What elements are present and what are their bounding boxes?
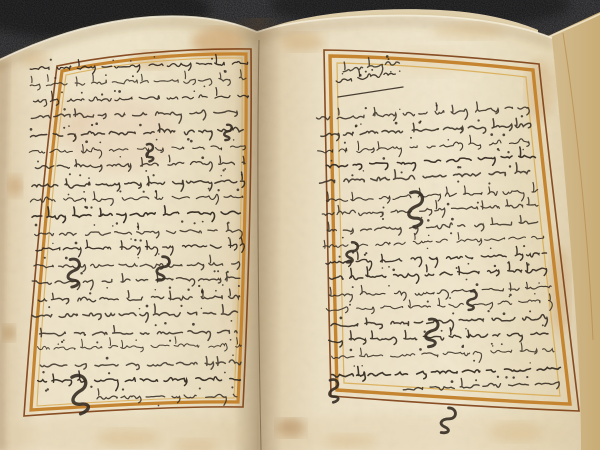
- diacritic-dot: [488, 182, 490, 184]
- diacritic-dot: [449, 297, 451, 299]
- diacritic-dot: [498, 150, 500, 152]
- diacritic-dot: [96, 341, 98, 343]
- diacritic-dot: [114, 90, 116, 92]
- diacritic-dot: [395, 122, 398, 125]
- diacritic-dot: [68, 125, 70, 127]
- diacritic-dot: [132, 75, 134, 77]
- diacritic-dot: [190, 140, 193, 143]
- diacritic-dot: [383, 157, 386, 160]
- diacritic-dot: [122, 388, 124, 390]
- diacritic-dot: [169, 286, 171, 288]
- diacritic-dot: [512, 376, 514, 378]
- diacritic-dot: [91, 124, 93, 126]
- diacritic-dot: [466, 279, 468, 281]
- diacritic-dot: [352, 286, 354, 288]
- diacritic-dot: [222, 284, 224, 286]
- diacritic-dot: [361, 365, 363, 367]
- diacritic-dot: [521, 115, 523, 117]
- diacritic-dot: [214, 270, 216, 272]
- diacritic-dot: [112, 60, 114, 62]
- diacritic-dot: [420, 121, 422, 123]
- diacritic-dot: [490, 133, 493, 136]
- diacritic-dot: [509, 294, 512, 297]
- diacritic-dot: [475, 379, 477, 381]
- diacritic-dot: [194, 222, 196, 224]
- diacritic-dot: [215, 290, 217, 292]
- diacritic-dot: [427, 219, 430, 222]
- diacritic-dot: [201, 308, 202, 309]
- diacritic-dot: [48, 306, 50, 308]
- diacritic-dot: [233, 139, 235, 141]
- diacritic-dot: [202, 221, 204, 223]
- diacritic-dot: [492, 345, 494, 347]
- paper-stain: [8, 175, 22, 197]
- diacritic-dot: [232, 354, 234, 356]
- diacritic-dot: [340, 317, 343, 320]
- diacritic-dot: [456, 267, 458, 269]
- diacritic-dot: [156, 139, 158, 141]
- diacritic-dot: [81, 92, 83, 94]
- diacritic-dot: [436, 105, 438, 107]
- diacritic-dot: [388, 266, 390, 268]
- diacritic-dot: [231, 320, 233, 322]
- diacritic-dot: [90, 206, 92, 208]
- diacritic-dot: [130, 60, 132, 62]
- diacritic-dot: [538, 282, 540, 284]
- paper-stain: [192, 28, 244, 56]
- diacritic-dot: [451, 380, 454, 383]
- diacritic-dot: [94, 224, 96, 226]
- diacritic-dot: [419, 348, 422, 351]
- diacritic-dot: [217, 270, 219, 272]
- diacritic-dot: [139, 308, 141, 310]
- diacritic-dot: [220, 175, 221, 176]
- diacritic-dot: [487, 310, 489, 312]
- diacritic-dot: [448, 139, 450, 141]
- diacritic-dot: [89, 292, 91, 294]
- diacritic-dot: [44, 257, 46, 259]
- manuscript-photo-scene: [0, 0, 600, 450]
- diacritic-dot: [112, 225, 114, 227]
- diacritic-dot: [382, 267, 384, 269]
- diacritic-dot: [473, 360, 475, 362]
- diacritic-dot: [152, 174, 154, 176]
- diacritic-dot: [386, 55, 389, 58]
- diacritic-dot: [85, 140, 88, 143]
- diacritic-dot: [355, 126, 357, 128]
- diacritic-dot: [204, 86, 206, 88]
- diacritic-dot: [399, 70, 401, 72]
- diacritic-dot: [401, 171, 403, 173]
- diacritic-dot: [465, 328, 467, 330]
- diacritic-dot: [201, 290, 204, 293]
- diacritic-dot: [187, 288, 189, 290]
- diacritic-dot: [145, 170, 147, 172]
- diacritic-dot: [330, 160, 332, 162]
- diacritic-dot: [37, 161, 39, 163]
- diacritic-dot: [75, 242, 78, 245]
- diacritic-dot: [88, 177, 90, 179]
- diacritic-dot: [383, 207, 385, 209]
- diacritic-dot: [146, 305, 149, 308]
- diacritic-dot: [63, 127, 65, 129]
- diacritic-dot: [529, 362, 530, 363]
- diacritic-dot: [198, 285, 200, 287]
- diacritic-dot: [507, 262, 509, 264]
- diacritic-dot: [542, 324, 544, 326]
- diacritic-dot: [509, 165, 511, 167]
- diacritic-dot: [390, 71, 392, 73]
- diacritic-dot: [461, 345, 464, 348]
- diacritic-dot: [95, 122, 98, 125]
- diacritic-dot: [392, 269, 395, 272]
- diacritic-dot: [86, 206, 89, 209]
- diacritic-dot: [371, 69, 373, 71]
- diacritic-dot: [344, 142, 346, 144]
- diacritic-dot: [224, 70, 226, 72]
- diacritic-dot: [108, 372, 110, 374]
- diacritic-dot: [63, 108, 65, 110]
- diacritic-dot: [143, 191, 145, 193]
- diacritic-dot: [118, 90, 121, 93]
- diacritic-dot: [135, 339, 137, 341]
- diacritic-dot: [450, 232, 452, 234]
- diacritic-dot: [54, 77, 56, 79]
- paper-stain: [3, 325, 15, 341]
- diacritic-dot: [180, 305, 182, 307]
- diacritic-dot: [490, 247, 492, 249]
- diacritic-dot: [211, 58, 213, 60]
- diacritic-dot: [208, 188, 210, 190]
- diacritic-dot: [342, 73, 343, 74]
- diacritic-dot: [365, 107, 367, 109]
- diacritic-dot: [187, 138, 190, 141]
- diacritic-dot: [58, 343, 60, 345]
- diacritic-dot: [468, 263, 470, 265]
- diacritic-dot: [155, 289, 156, 290]
- diacritic-dot: [447, 203, 450, 206]
- manuscript-photo: [0, 0, 600, 450]
- diacritic-dot: [382, 218, 384, 220]
- diacritic-dot: [365, 71, 367, 73]
- diacritic-dot: [169, 340, 171, 342]
- paper-stain: [432, 23, 504, 39]
- diacritic-dot: [476, 283, 479, 286]
- diacritic-dot: [477, 119, 479, 121]
- diacritic-dot: [199, 387, 201, 389]
- diacritic-dot: [501, 343, 503, 345]
- diacritic-dot: [428, 235, 430, 237]
- diacritic-dot: [354, 365, 356, 367]
- diacritic-dot: [457, 181, 459, 183]
- diacritic-dot: [363, 170, 364, 171]
- diacritic-dot: [158, 253, 160, 255]
- diacritic-dot: [529, 310, 531, 312]
- diacritic-dot: [140, 239, 142, 241]
- diacritic-dot: [52, 243, 53, 244]
- diacritic-dot: [228, 237, 230, 239]
- diacritic-dot: [101, 93, 103, 95]
- paper-stain: [22, 52, 50, 68]
- diacritic-dot: [451, 218, 454, 221]
- diacritic-dot: [494, 265, 496, 267]
- diacritic-dot: [452, 312, 454, 314]
- diacritic-dot: [106, 287, 108, 289]
- diacritic-dot: [83, 191, 85, 193]
- diacritic-dot: [155, 324, 157, 326]
- diacritic-dot: [360, 123, 361, 124]
- diacritic-dot: [241, 174, 243, 176]
- diacritic-dot: [63, 339, 65, 341]
- diacritic-dot: [503, 312, 506, 315]
- paper-stain: [281, 33, 325, 51]
- diacritic-dot: [201, 156, 204, 159]
- diacritic-dot: [365, 252, 367, 254]
- diacritic-dot: [441, 330, 443, 332]
- diacritic-dot: [61, 91, 63, 93]
- diacritic-dot: [502, 134, 505, 137]
- diacritic-dot: [230, 339, 232, 341]
- diacritic-dot: [224, 372, 226, 374]
- diacritic-dot: [69, 173, 71, 175]
- diacritic-dot: [65, 257, 68, 260]
- diacritic-dot: [217, 189, 219, 191]
- diacritic-dot: [130, 238, 132, 240]
- diacritic-dot: [116, 222, 118, 224]
- diacritic-dot: [222, 169, 224, 171]
- diacritic-dot: [342, 237, 344, 239]
- diacritic-dot: [224, 168, 226, 170]
- diacritic-dot: [30, 128, 33, 131]
- diacritic-dot: [497, 376, 499, 378]
- diacritic-dot: [61, 341, 63, 343]
- diacritic-dot: [164, 322, 167, 325]
- diacritic-dot: [158, 405, 160, 407]
- diacritic-dot: [388, 58, 390, 60]
- diacritic-dot: [68, 194, 70, 196]
- diacritic-dot: [119, 190, 121, 192]
- diacritic-dot: [105, 74, 107, 76]
- diacritic-dot: [106, 357, 109, 360]
- diacritic-dot: [349, 304, 351, 306]
- diacritic-dot: [351, 174, 353, 176]
- diacritic-dot: [477, 202, 479, 204]
- diacritic-dot: [134, 239, 136, 241]
- diacritic-dot: [238, 285, 240, 287]
- diacritic-dot: [50, 59, 52, 61]
- diacritic-dot: [154, 56, 156, 58]
- diacritic-dot: [427, 301, 429, 303]
- diacritic-dot: [138, 257, 139, 258]
- diacritic-dot: [507, 151, 509, 153]
- diacritic-dot: [523, 245, 525, 247]
- diacritic-dot: [505, 376, 507, 378]
- diacritic-dot: [427, 248, 429, 250]
- diacritic-dot: [35, 224, 38, 227]
- diacritic-dot: [237, 188, 240, 191]
- diacritic-dot: [424, 331, 426, 333]
- diacritic-dot: [522, 149, 524, 151]
- diacritic-dot: [399, 109, 400, 110]
- diacritic-dot: [350, 349, 353, 352]
- diacritic-dot: [45, 389, 47, 391]
- diacritic-dot: [137, 226, 139, 228]
- diacritic-dot: [42, 371, 44, 373]
- diacritic-dot: [181, 220, 183, 222]
- diacritic-dot: [534, 293, 536, 295]
- diacritic-dot: [526, 376, 528, 378]
- diacritic-dot: [388, 285, 390, 287]
- diacritic-dot: [491, 343, 493, 345]
- diacritic-dot: [410, 137, 412, 139]
- diacritic-dot: [194, 90, 196, 92]
- diacritic-dot: [79, 174, 81, 176]
- diacritic-dot: [139, 124, 142, 127]
- diacritic-dot: [457, 166, 459, 168]
- diacritic-dot: [99, 141, 101, 143]
- diacritic-dot: [192, 323, 195, 326]
- diacritic-dot: [339, 256, 341, 258]
- diacritic-dot: [120, 156, 122, 158]
- diacritic-dot: [90, 386, 92, 388]
- diacritic-dot: [80, 272, 83, 275]
- diacritic-dot: [231, 386, 233, 388]
